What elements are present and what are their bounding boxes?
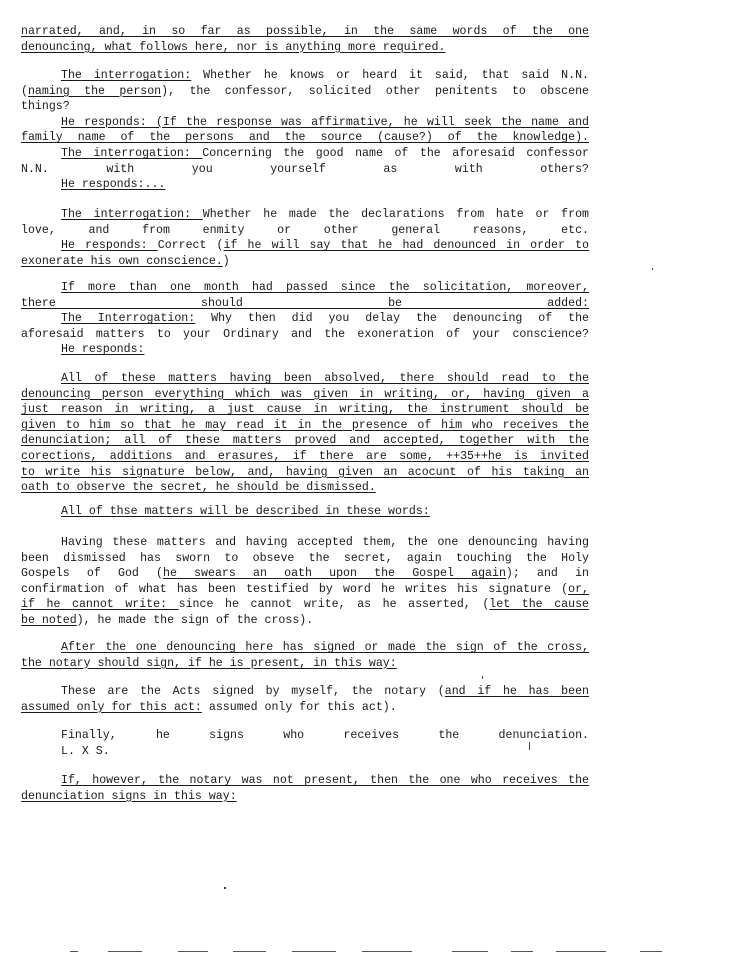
underlined-text: If, however, the notary was not present,…	[61, 774, 589, 787]
underlined-text: If more than one month had passed since …	[61, 281, 589, 294]
text-run: ), the confessor, solicited other penite…	[161, 85, 589, 98]
text-line: exonerate his own conscience.)	[21, 254, 589, 270]
text-run: Having these matters and having accepted…	[61, 536, 589, 549]
underlined-text: let the cause	[489, 598, 589, 611]
scanned-document-page: narrated, and, in so far as possible, in…	[0, 0, 750, 961]
text-line: If, however, the notary was not present,…	[21, 773, 589, 789]
text-line: just reason in writing, a just cause in …	[21, 402, 589, 418]
scan-speck	[529, 742, 530, 750]
paragraph-if-however: If, however, the notary was not present,…	[21, 773, 589, 804]
underlined-text: All of thse matters will be described in…	[61, 505, 430, 518]
underlined-text: The interrogation:	[61, 147, 202, 160]
text-line: If more than one month had passed since …	[21, 280, 589, 296]
text-line: After the one denouncing here has signed…	[21, 640, 589, 656]
paragraph-month-passed: If more than one month had passed since …	[21, 280, 589, 358]
underlined-text: He responds:	[61, 239, 158, 252]
text-line: love, and from enmity or other general r…	[21, 223, 589, 239]
text-line: corections, additions and erasures, if t…	[21, 449, 589, 465]
text-run: (	[21, 85, 28, 98]
text-run: Finally, he signs who receives the denun…	[61, 729, 589, 742]
underlined-text: denunciation; all of these matters prove…	[21, 434, 589, 447]
underlined-text: given to him so that he may read it in t…	[21, 419, 589, 432]
text-line: aforesaid matters to your Ordinary and t…	[21, 327, 589, 343]
text-run: Whether he knows or heard it said, that …	[191, 69, 589, 82]
text-line: confirmation of what has been testified …	[21, 582, 589, 598]
text-line: there should be added:	[21, 296, 589, 312]
text-line: family name of the persons and the sourc…	[21, 130, 589, 146]
text-run: These are the Acts signed by myself, the…	[61, 685, 445, 698]
underlined-text: He responds:	[61, 343, 145, 356]
footer-scan-artifact	[108, 951, 142, 952]
text-line: things?	[21, 99, 589, 115]
text-line: the notary should sign, if he is present…	[21, 656, 589, 672]
text-run: ), he made the sign of the cross).	[77, 614, 314, 627]
paragraph-described: All of thse matters will be described in…	[21, 504, 589, 520]
text-line: given to him so that he may read it in t…	[21, 418, 589, 434]
paragraph-having-accepted: Having these matters and having accepted…	[21, 535, 589, 629]
text-run: love, and from enmity or other general r…	[21, 224, 589, 237]
underlined-text: assumed only for this act:	[21, 701, 202, 714]
underlined-text: He responds:...	[61, 178, 165, 191]
text-line: He responds: Correct (if he will say tha…	[21, 238, 589, 254]
text-line: The Interrogation: Why then did you dela…	[21, 311, 589, 327]
text-line: be noted), he made the sign of the cross…	[21, 613, 589, 629]
paragraph-after-signed: After the one denouncing here has signed…	[21, 640, 589, 671]
text-line: All of thse matters will be described in…	[21, 504, 589, 520]
underlined-text: the notary should sign, if he is present…	[21, 657, 397, 670]
text-run: Concerning the good name of the aforesai…	[202, 147, 589, 160]
text-line: denouncing, what follows here, nor is an…	[21, 40, 589, 56]
text-line: denouncing person everything which was g…	[21, 387, 589, 403]
text-line: oath to observe the secret, he should be…	[21, 480, 589, 496]
underlined-text: All of these matters having been absolve…	[61, 372, 589, 385]
text-run: aforesaid matters to your Ordinary and t…	[21, 328, 589, 341]
footer-scan-artifact	[452, 951, 488, 952]
text-run: Whether he made the declarations from ha…	[203, 208, 589, 221]
underlined-text: narrated, and, in so far as possible, in…	[21, 25, 589, 38]
footer-scan-artifact	[640, 951, 662, 952]
text-run: things?	[21, 100, 70, 113]
footer-scan-artifact	[362, 951, 412, 952]
text-run: N.N. with you yourself as with others?	[21, 163, 589, 176]
paragraph-interrogation-hate: The interrogation: Whether he made the d…	[21, 207, 589, 269]
text-line: (naming the person), the confessor, soli…	[21, 84, 589, 100]
text-line: The interrogation: Whether he made the d…	[21, 207, 589, 223]
underlined-text: exonerate his own conscience.	[21, 255, 223, 268]
underlined-text: if he will say that he had denounced in …	[224, 239, 589, 252]
text-line: narrated, and, in so far as possible, in…	[21, 24, 589, 40]
text-run: assumed only for this act).	[202, 701, 397, 714]
underlined-text: The Interrogation:	[61, 312, 195, 325]
paragraph-finally-signs: Finally, he signs who receives the denun…	[21, 728, 589, 759]
underlined-text: to write his signature below, and, havin…	[21, 466, 589, 479]
text-line: These are the Acts signed by myself, the…	[21, 684, 589, 700]
underlined-text: denouncing person everything which was g…	[21, 388, 589, 401]
text-line: L. X S.	[21, 744, 589, 760]
text-line: Finally, he signs who receives the denun…	[21, 728, 589, 744]
underlined-text: He responds: (If the response was affirm…	[61, 116, 589, 129]
text-line: Gospels of God (he swears an oath upon t…	[21, 566, 589, 582]
text-run: L. X S.	[61, 745, 110, 758]
underlined-text: denunciation signs in this way:	[21, 790, 237, 803]
text-run: confirmation of what has been testified …	[21, 583, 568, 596]
underlined-text: After the one denouncing here has signed…	[61, 641, 589, 654]
text-run: )	[223, 255, 230, 268]
underlined-text: denouncing, what follows here, nor is an…	[21, 41, 445, 54]
text-run: since he cannot write, as he asserted, (	[179, 598, 490, 611]
paragraph-narrated: narrated, and, in so far as possible, in…	[21, 24, 589, 55]
text-run: Why then did you delay the denouncing of…	[195, 312, 589, 325]
text-run: ); and in	[506, 567, 589, 580]
underlined-text: and if he has been	[445, 685, 589, 698]
underlined-text: just reason in writing, a just cause in …	[21, 403, 589, 416]
underlined-text: oath to observe the secret, he should be…	[21, 481, 376, 494]
underlined-text: corections, additions and erasures, if t…	[21, 450, 589, 463]
text-line: denunciation; all of these matters prove…	[21, 433, 589, 449]
paragraph-absolved: All of these matters having been absolve…	[21, 371, 589, 496]
underlined-text: family name of the persons and the sourc…	[21, 131, 589, 144]
text-line: N.N. with you yourself as with others?	[21, 162, 589, 178]
text-run: Gospels of God (	[21, 567, 163, 580]
paragraph-acts-signed: These are the Acts signed by myself, the…	[21, 684, 589, 715]
paragraph-interrogation-knows: The interrogation: Whether he knows or h…	[21, 68, 589, 193]
footer-scan-artifact	[178, 951, 208, 952]
text-line: denunciation signs in this way:	[21, 789, 589, 805]
underlined-text: be noted	[21, 614, 77, 627]
text-line: The interrogation: Whether he knows or h…	[21, 68, 589, 84]
scan-speck	[224, 887, 226, 889]
underlined-text: he swears an oath upon the Gospel again	[163, 567, 506, 580]
scan-speck	[652, 268, 653, 270]
underlined-text: The interrogation:	[61, 208, 203, 221]
text-line: He responds: (If the response was affirm…	[21, 115, 589, 131]
text-line: The interrogation: Concerning the good n…	[21, 146, 589, 162]
text-run: been dismissed has sworn to obseve the s…	[21, 552, 589, 565]
text-line: been dismissed has sworn to obseve the s…	[21, 551, 589, 567]
footer-scan-artifact	[70, 951, 78, 952]
footer-scan-artifact	[233, 951, 266, 952]
underlined-text: The interrogation:	[61, 69, 191, 82]
underlined-text: or,	[568, 583, 589, 596]
text-line: if he cannot write: since he cannot writ…	[21, 597, 589, 613]
text-line: He responds:	[21, 342, 589, 358]
text-line: assumed only for this act: assumed only …	[21, 700, 589, 716]
underlined-text: if he cannot write:	[21, 598, 179, 611]
text-line: He responds:...	[21, 177, 589, 193]
text-run: Correct (	[158, 239, 224, 252]
text-line: Having these matters and having accepted…	[21, 535, 589, 551]
footer-scan-artifact	[511, 951, 533, 952]
underlined-text: naming the person	[28, 85, 161, 98]
footer-scan-artifact	[556, 951, 606, 952]
underlined-text: there should be added:	[21, 297, 589, 310]
text-line: to write his signature below, and, havin…	[21, 465, 589, 481]
text-line: All of these matters having been absolve…	[21, 371, 589, 387]
scan-speck	[482, 676, 483, 679]
footer-scan-artifact	[292, 951, 336, 952]
